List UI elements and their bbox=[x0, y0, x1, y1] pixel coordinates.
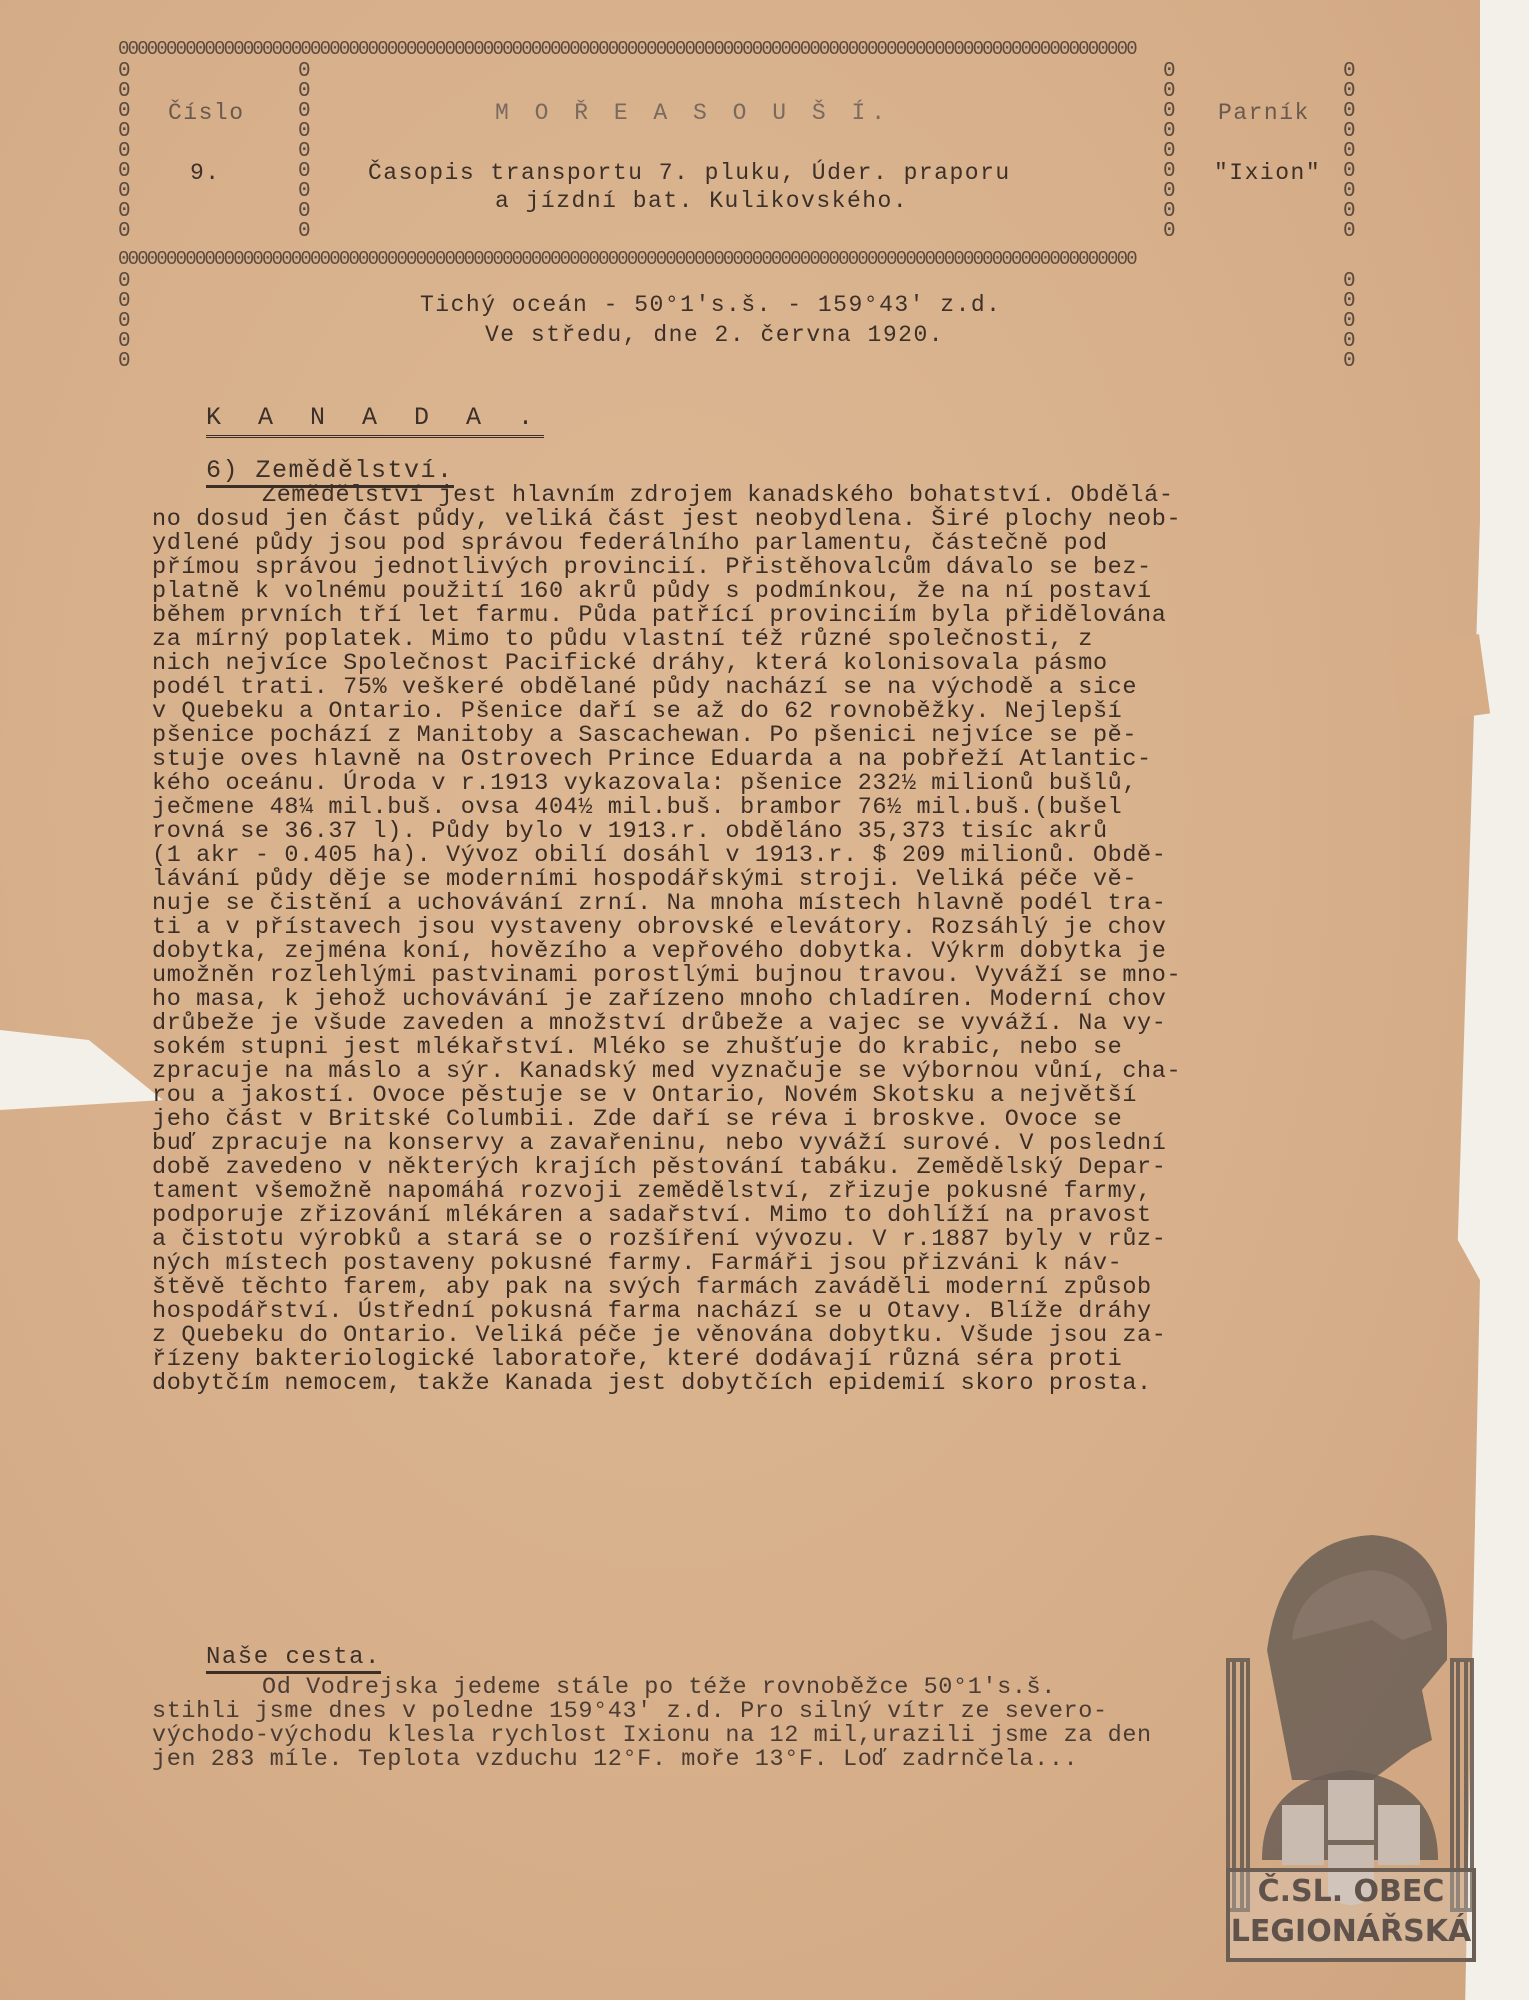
article-line: ných místech postaveny pokusné farmy. Fa… bbox=[152, 1252, 1342, 1276]
ship-label: Parník bbox=[1218, 100, 1310, 126]
article-line: nuje se čistění a uchovávání zrní. Na mn… bbox=[152, 892, 1342, 916]
article-line: zpracuje na máslo a sýr. Kanadský med vy… bbox=[152, 1060, 1342, 1084]
article-line: přímou správou jednotlivých provincií. P… bbox=[152, 556, 1342, 580]
article-line: ho masa, k jehož uchovávání je zařízeno … bbox=[152, 988, 1342, 1012]
masthead-divider-right: 000000000 bbox=[1163, 62, 1176, 242]
article-line: za mírný poplatek. Mimo to půdu vlastní … bbox=[152, 628, 1342, 652]
article-line: dobytka, zejména koní, hovězího a vepřov… bbox=[152, 940, 1342, 964]
article-line: drůbeže je všude zaveden a množství drůb… bbox=[152, 1012, 1342, 1036]
issue-label: Číslo bbox=[168, 100, 245, 126]
masthead-border-right: 000000000 bbox=[1343, 62, 1356, 242]
journey-title: Naše cesta. bbox=[206, 1644, 381, 1674]
article-line: rovná se 36.37 l). Půdy bylo v 1913.r. o… bbox=[152, 820, 1342, 844]
ship-position: Tichý oceán - 50°1's.š. - 159°43' z.d. bbox=[420, 292, 1002, 318]
masthead-divider-left: 000000000 bbox=[298, 62, 311, 242]
article-line: podél trati. 75% veškeré obdělané půdy n… bbox=[152, 676, 1342, 700]
article-line: rou a jakostí. Ovoce pěstuje se v Ontari… bbox=[152, 1084, 1342, 1108]
article-line: stuje oves hlavně na Ostrovech Prince Ed… bbox=[152, 748, 1342, 772]
issue-number: 9. bbox=[190, 160, 221, 186]
article-line: podporuje zřizování mlékáren a sadařství… bbox=[152, 1204, 1342, 1228]
article-line: a čistotu výrobků a stará se o rozšíření… bbox=[152, 1228, 1342, 1252]
newspaper-subtitle-2: a jízdní bat. Kulikovského. bbox=[495, 188, 908, 214]
article-line: hospodářství. Ústřední pokusná farma nac… bbox=[152, 1300, 1342, 1324]
journey-line: jen 283 míle. Teplota vzduchu 12°F. moře… bbox=[152, 1748, 1302, 1772]
margin-holes-left: 00000 bbox=[118, 272, 131, 372]
article-line: tament všemožně napomáhá rozvoji zeměděl… bbox=[152, 1180, 1342, 1204]
article-line: lávání půdy děje se moderními hospodářsk… bbox=[152, 868, 1342, 892]
margin-holes-right: 00000 bbox=[1343, 272, 1356, 372]
article-line: době zavedeno v některých krajích pěstov… bbox=[152, 1156, 1342, 1180]
masthead-border-left: 000000000 bbox=[118, 62, 131, 242]
article-line: umožněn rozlehlými pastvinami porostlými… bbox=[152, 964, 1342, 988]
article-line: během prvních tří let farmu. Půda patříc… bbox=[152, 604, 1342, 628]
article-line: z Quebeku do Ontario. Veliká péče je věn… bbox=[152, 1324, 1342, 1348]
newspaper-title: M O Ř E A S O U Š Í. bbox=[495, 100, 891, 126]
article-line: kého oceánu. Úroda v r.1913 vykazovala: … bbox=[152, 772, 1342, 796]
article-line: dobytčím nemocem, takže Kanada jest doby… bbox=[152, 1372, 1342, 1396]
article-line: Zemědělství jest hlavním zdrojem kanadsk… bbox=[262, 484, 1452, 508]
journey-line: stihli jsme dnes v poledne 159°43' z.d. … bbox=[152, 1700, 1302, 1724]
article-line: v Quebeku a Ontario. Pšenice daří se až … bbox=[152, 700, 1342, 724]
section-title-kanada: K A N A D A . bbox=[206, 403, 544, 438]
stamp-label: Č.SL. OBEC LEGIONÁŘSKÁ bbox=[1226, 1868, 1476, 1962]
ship-name: "Ixion" bbox=[1214, 160, 1321, 186]
article-line: platně k volnému použití 160 akrů půdy s… bbox=[152, 580, 1342, 604]
journey-line: východo-východu klesla rychlost Ixionu n… bbox=[152, 1724, 1302, 1748]
article-line: (1 akr - 0.405 ha). Vývoz obilí dosáhl v… bbox=[152, 844, 1342, 868]
article-line: ti a v přístavech jsou vystaveny obrovsk… bbox=[152, 916, 1342, 940]
issue-date: Ve středu, dne 2. června 1920. bbox=[485, 322, 944, 348]
masthead-border-bottom: 0000000000000000000000000000000000000000… bbox=[118, 248, 1363, 270]
article-line: no dosud jen část půdy, veliká část jest… bbox=[152, 508, 1342, 532]
stamp-line-1: Č.SL. OBEC bbox=[1230, 1872, 1472, 1912]
article-line: sokém stupni jest mlékařství. Mléko se z… bbox=[152, 1036, 1342, 1060]
article-line: jeho část v Britské Columbii. Zde daří s… bbox=[152, 1108, 1342, 1132]
article-line: ječmene 48¼ mil.buš. ovsa 404½ mil.buš. … bbox=[152, 796, 1342, 820]
torn-edge bbox=[1390, 634, 1490, 726]
article-line: štěvě těchto farem, aby pak na svých far… bbox=[152, 1276, 1342, 1300]
article-line: řízeny bakteriologické laboratoře, které… bbox=[152, 1348, 1342, 1372]
article-line: buď zpracuje na konservy a zavařeninu, n… bbox=[152, 1132, 1342, 1156]
masthead-border-top: 0000000000000000000000000000000000000000… bbox=[118, 38, 1363, 60]
stamp-line-2: LEGIONÁŘSKÁ bbox=[1230, 1912, 1472, 1952]
newspaper-subtitle-1: Časopis transportu 7. pluku, Úder. prapo… bbox=[368, 160, 1011, 186]
article-line: nich nejvíce Společnost Pacifické dráhy,… bbox=[152, 652, 1342, 676]
article-line: ydlené půdy jsou pod správou federálního… bbox=[152, 532, 1342, 556]
article-line: pšenice pochází z Manitoby a Sascachewan… bbox=[152, 724, 1342, 748]
